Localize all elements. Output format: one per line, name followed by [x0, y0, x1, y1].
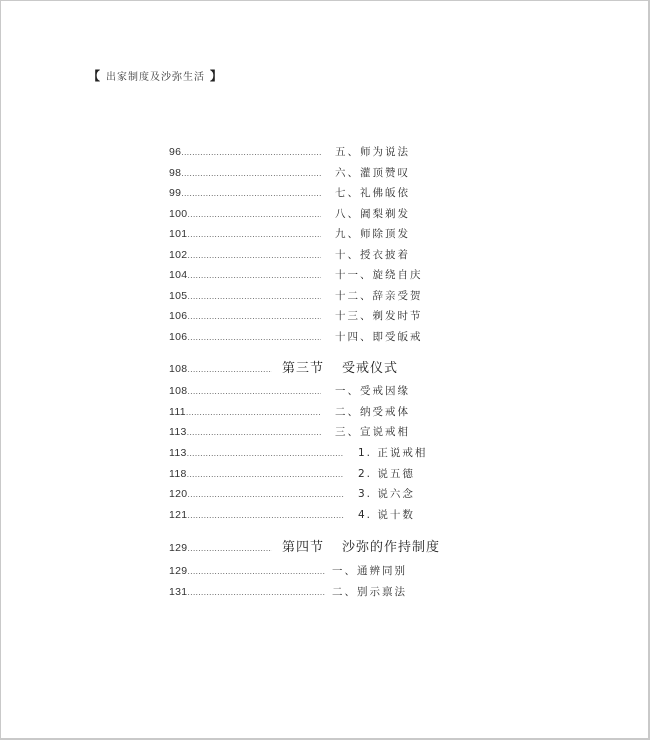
- leader-dots: ........................................…: [181, 185, 321, 201]
- page-number: 99: [169, 187, 181, 199]
- leader-dots: ........................................…: [187, 424, 321, 440]
- page-number: 120: [169, 488, 187, 500]
- page-number: 129: [169, 542, 187, 554]
- toc-entry[interactable]: 102.....................................…: [169, 247, 321, 263]
- page-number: 108: [169, 363, 187, 375]
- entry-title: 十、授衣披着: [335, 247, 410, 263]
- page-number: 129: [169, 565, 187, 577]
- page-number: 104: [169, 269, 187, 281]
- entry-title: 七、礼佛皈依: [335, 185, 410, 201]
- entry-title: 一、通辨同别: [332, 563, 407, 579]
- running-head: 【出家制度及沙弥生活】: [88, 67, 223, 84]
- leader-dots: ........................................…: [187, 247, 321, 263]
- page-number: 98: [169, 167, 181, 179]
- section-name: 沙弥的作持制度: [342, 540, 440, 555]
- page-number: 118: [169, 468, 187, 480]
- left-bracket: 【: [88, 69, 101, 83]
- leader-dots: ........................................…: [181, 165, 321, 181]
- entry-title: 一、受戒因缘: [335, 383, 410, 399]
- toc-entry[interactable]: 106.....................................…: [169, 308, 321, 324]
- right-bracket: 】: [210, 69, 223, 83]
- toc-entry[interactable]: 105.....................................…: [169, 288, 321, 304]
- entry-title: 六、灌顶赞叹: [335, 165, 410, 181]
- toc-entry[interactable]: 106.....................................…: [169, 329, 321, 345]
- page-number: 102: [169, 249, 187, 261]
- toc-section-heading[interactable]: 108.....................................…: [169, 359, 272, 379]
- leader-dots: ........................................…: [187, 563, 325, 579]
- toc-entry[interactable]: 111.....................................…: [169, 404, 320, 420]
- entry-title: 4. 说十数: [358, 507, 415, 523]
- toc-subentry[interactable]: 113.....................................…: [169, 445, 344, 461]
- leader-dots: ........................................…: [187, 584, 325, 600]
- page-number: 121: [169, 509, 187, 521]
- section-number: 第四节: [282, 540, 324, 555]
- entry-title: 三、宣说戒相: [335, 424, 410, 440]
- leader-dots: ........................................…: [187, 329, 321, 345]
- toc-entry[interactable]: 131.....................................…: [169, 584, 325, 600]
- book-title: 出家制度及沙弥生活: [106, 72, 205, 83]
- leader-dots: ........................................…: [187, 226, 321, 242]
- toc-entry[interactable]: 129.....................................…: [169, 563, 325, 579]
- leader-dots: ........................................…: [187, 288, 321, 304]
- toc-entry[interactable]: 100.....................................…: [169, 206, 321, 222]
- leader-dots: ........................................…: [187, 308, 321, 324]
- entry-title: 二、别示禀法: [332, 584, 407, 600]
- page-number: 131: [169, 586, 187, 598]
- entry-title: 十二、辞亲受贺: [335, 288, 423, 304]
- page-number: 105: [169, 290, 187, 302]
- toc-subentry[interactable]: 118.....................................…: [169, 466, 344, 482]
- entry-title: 2. 说五德: [358, 466, 415, 482]
- leader-dots: ........................................…: [186, 404, 320, 420]
- leader-dots: ........................................…: [181, 144, 321, 160]
- leader-dots: ........................................…: [187, 466, 344, 482]
- entry-title: 八、阇梨剃发: [335, 206, 410, 222]
- toc-entry[interactable]: 104.....................................…: [169, 267, 321, 283]
- section-title: 第三节受戒仪式: [282, 359, 398, 379]
- page-number: 113: [169, 447, 187, 459]
- toc-subentry[interactable]: 120.....................................…: [169, 486, 344, 502]
- toc-entry[interactable]: 96......................................…: [169, 144, 321, 160]
- page-number: 108: [169, 385, 187, 397]
- toc-entry[interactable]: 98......................................…: [169, 165, 321, 181]
- entry-title: 1. 正说戒相: [358, 445, 427, 461]
- page-number: 100: [169, 208, 187, 220]
- section-name: 受戒仪式: [342, 361, 398, 376]
- toc-subentry[interactable]: 121.....................................…: [169, 507, 344, 523]
- leader-dots: ........................................…: [187, 445, 344, 461]
- toc-entry[interactable]: 108.....................................…: [169, 383, 321, 399]
- page-number: 106: [169, 331, 187, 343]
- page-number: 106: [169, 310, 187, 322]
- page-number: 113: [169, 426, 187, 438]
- entry-title: 十三、剃发时节: [335, 308, 423, 324]
- leader-dots: ........................................…: [187, 383, 321, 399]
- leader-dots: ........................................…: [187, 267, 321, 283]
- entry-title: 3. 说六念: [358, 486, 415, 502]
- section-number: 第三节: [282, 361, 324, 376]
- leader-dots: ........................................…: [187, 486, 344, 502]
- toc-entry[interactable]: 113.....................................…: [169, 424, 321, 440]
- leader-dots: ........................................…: [187, 507, 344, 523]
- entry-title: 九、师除顶发: [335, 226, 410, 242]
- page-number: 101: [169, 228, 187, 240]
- leader-dots: ........................................…: [187, 359, 272, 379]
- entry-title: 十四、即受皈戒: [335, 329, 423, 345]
- section-title: 第四节沙弥的作持制度: [282, 538, 440, 558]
- toc-section-heading[interactable]: 129.....................................…: [169, 538, 272, 558]
- entry-title: 二、纳受戒体: [335, 404, 410, 420]
- leader-dots: ........................................…: [187, 538, 272, 558]
- entry-title: 十一、旋绕自庆: [335, 267, 423, 283]
- page-number: 96: [169, 146, 181, 158]
- toc-entry[interactable]: 99......................................…: [169, 185, 321, 201]
- entry-title: 五、师为说法: [335, 144, 410, 160]
- page-number: 111: [169, 406, 186, 418]
- toc-entry[interactable]: 101.....................................…: [169, 226, 321, 242]
- leader-dots: ........................................…: [187, 206, 321, 222]
